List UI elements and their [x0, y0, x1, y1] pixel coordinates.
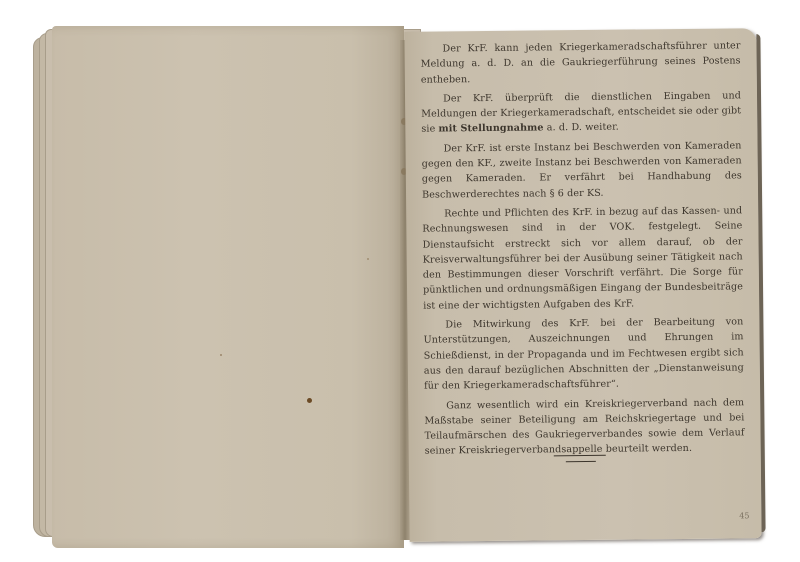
page-body-text: Der KrF. kann jeden Kriegerkameradschaft… — [420, 38, 744, 463]
paragraph: Rechte und Pflichten des KrF. in bezug a… — [422, 203, 743, 313]
left-page-blank — [52, 26, 404, 548]
paragraph: Ganz wesentlich wird ein Kreiskriegerver… — [424, 395, 745, 460]
paragraph: Die Mitwirkung des KrF. bei der Bearbeit… — [423, 314, 744, 394]
end-rule-short — [566, 461, 596, 462]
photo-scene: Der KrF. kann jeden Kriegerkameradschaft… — [0, 0, 800, 562]
paragraph: Der KrF. überprüft die dienstlichen Eing… — [421, 88, 741, 137]
paragraph: Der KrF. kann jeden Kriegerkameradschaft… — [420, 38, 740, 87]
paragraph: Der KrF. ist erste Instanz bei Beschwerd… — [421, 138, 742, 203]
page-number: 45 — [739, 511, 749, 520]
bold-phrase: mit Stellungnahme — [438, 123, 543, 135]
foxing-spot — [220, 354, 222, 356]
ink-spot — [307, 398, 312, 403]
right-page: Der KrF. kann jeden Kriegerkameradschaft… — [404, 28, 761, 542]
foxing-spot — [367, 258, 369, 260]
